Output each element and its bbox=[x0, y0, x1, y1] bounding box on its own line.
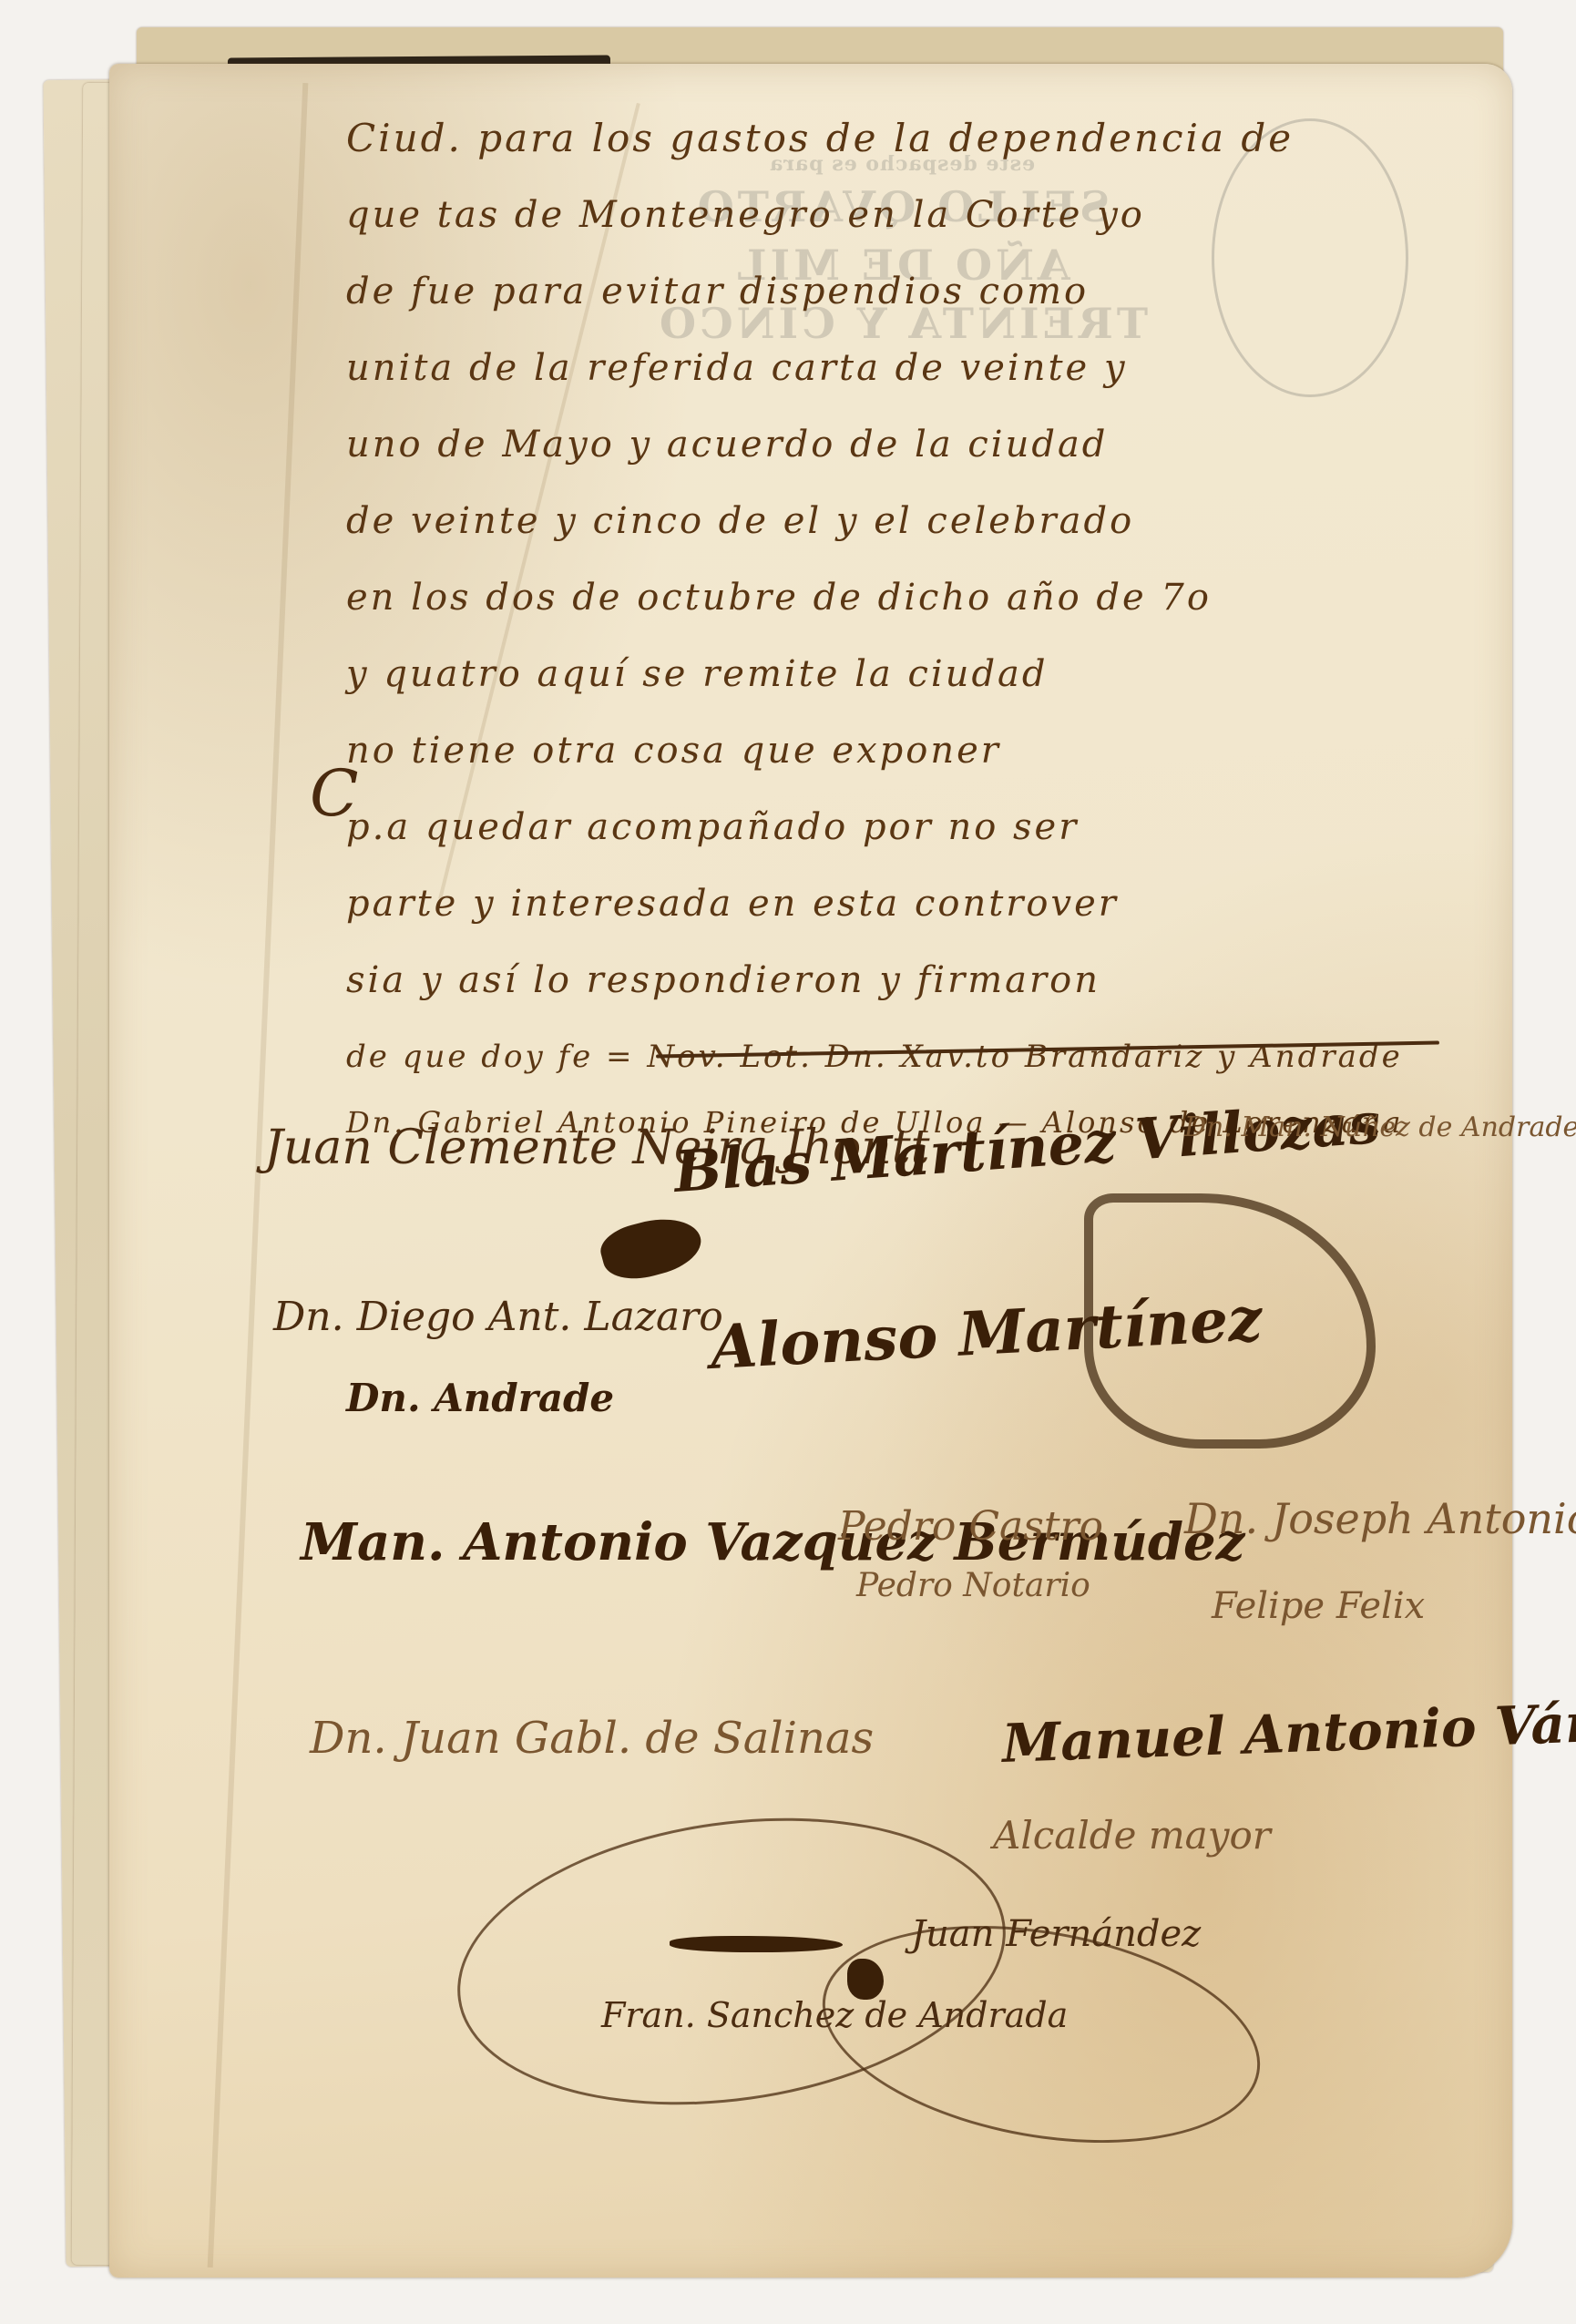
body-line: de veinte y cinco de el y el celebrado bbox=[346, 483, 1403, 559]
body-line: que tas de Montenegro en la Corte yo bbox=[346, 177, 1403, 253]
signature: Pedro Notario bbox=[856, 1567, 1090, 1604]
manuscript-body: Ciud. para los gastos de la dependencia … bbox=[346, 100, 1403, 1150]
body-line: no tiene otra cosa que exponer bbox=[346, 712, 1403, 789]
body-line: de que doy fe = Nov. Lot. Dn. Xav.to Bra… bbox=[346, 1019, 1403, 1095]
ink-blot bbox=[847, 1959, 884, 2000]
signature: Alcalde mayor bbox=[993, 1813, 1271, 1858]
body-line: sia y así lo respondieron y firmaron bbox=[346, 942, 1403, 1019]
body-line: de fue para evitar dispendios como bbox=[346, 253, 1403, 330]
signature: Dn. Joseph Antonio bbox=[1184, 1494, 1576, 1543]
ink-blot bbox=[670, 1936, 843, 1952]
signature: Dn. Andrade bbox=[346, 1376, 614, 1420]
signature: Dn. Diego Ant. Lazaro bbox=[273, 1294, 723, 1340]
signature: Pedro Castro bbox=[838, 1503, 1103, 1550]
body-line: unita de la referida carta de veinte y bbox=[346, 330, 1403, 406]
fold-line bbox=[208, 83, 309, 2268]
signature: Felipe Felix bbox=[1212, 1585, 1425, 1627]
body-line: y quatro aquí se remite la ciudad bbox=[346, 636, 1403, 712]
signature: Dn. Man. Núñez de Andrade bbox=[1184, 1111, 1576, 1143]
body-line: p.a quedar acompañado por no ser bbox=[346, 789, 1403, 865]
body-line: en los dos de octubre de dicho año de 7o bbox=[346, 559, 1403, 636]
signature: Dn. Juan Gabl. de Salinas bbox=[310, 1713, 874, 1764]
body-line: parte y interesada en esta controver bbox=[346, 865, 1403, 942]
body-line: uno de Mayo y acuerdo de la ciudad bbox=[346, 406, 1403, 483]
body-line: Ciud. para los gastos de la dependencia … bbox=[346, 100, 1403, 177]
